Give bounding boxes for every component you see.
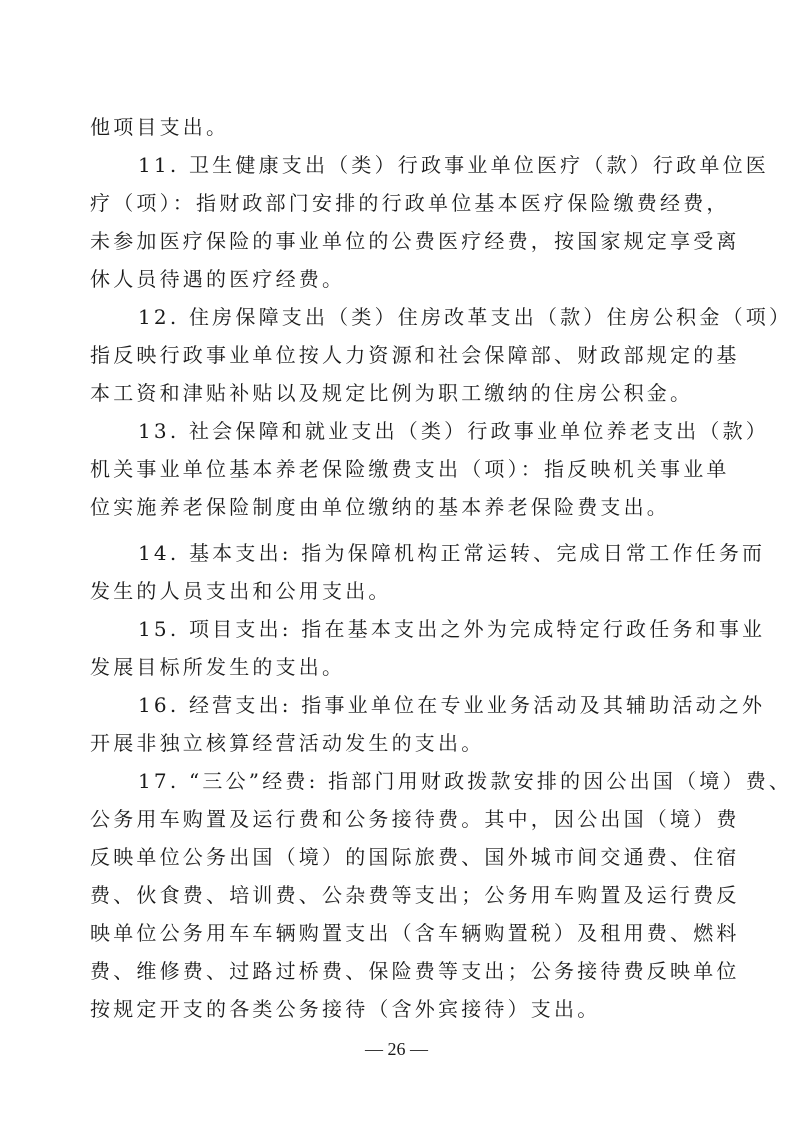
paragraph-item-14-basic-expenditure: 14. 基本支出: 指为保障机构正常运转、完成日常工作任务而 发生的人员支出和公… bbox=[90, 534, 710, 610]
text-line: 17. “三公”经费: 指部门用财政拨款安排的因公出国（境）费、 bbox=[90, 762, 710, 800]
paragraph-item-12-housing-fund: 12. 住房保障支出（类）住房改革支出（款）住房公积金（项）: 指反映行政事业单… bbox=[90, 298, 710, 412]
text-line: 公务用车购置及运行费和公务接待费。其中，因公出国（境）费 bbox=[90, 800, 710, 838]
text-line: 发生的人员支出和公用支出。 bbox=[90, 572, 710, 610]
text-line: 发展目标所发生的支出。 bbox=[90, 648, 710, 686]
document-page: 他项目支出。 11. 卫生健康支出（类）行政事业单位医疗（款）行政单位医 疗（项… bbox=[90, 108, 710, 1028]
text-line: 疗（项）：指财政部门安排的行政单位基本医疗保险缴费经费， bbox=[90, 184, 710, 222]
paragraph-item-13-pension-insurance: 13. 社会保障和就业支出（类）行政事业单位养老支出（款） 机关事业单位基本养老… bbox=[90, 412, 710, 526]
text-line: 反映单位公务出国（境）的国际旅费、国外城市间交通费、住宿 bbox=[90, 838, 710, 876]
text-line: 14. 基本支出: 指为保障机构正常运转、完成日常工作任务而 bbox=[90, 534, 710, 572]
text-line: 16. 经营支出: 指事业单位在专业业务活动及其辅助活动之外 bbox=[90, 686, 710, 724]
text-line: 11. 卫生健康支出（类）行政事业单位医疗（款）行政单位医 bbox=[90, 146, 710, 184]
paragraph-10-continuation: 他项目支出。 bbox=[90, 108, 710, 146]
paragraph-item-11-medical-expense: 11. 卫生健康支出（类）行政事业单位医疗（款）行政单位医 疗（项）：指财政部门… bbox=[90, 146, 710, 298]
text-line: 未参加医疗保险的事业单位的公费医疗经费，按国家规定享受离 bbox=[90, 222, 710, 260]
paragraph-item-17-three-public-expenses: 17. “三公”经费: 指部门用财政拨款安排的因公出国（境）费、 公务用车购置及… bbox=[90, 762, 710, 1028]
paragraph-spacer bbox=[90, 526, 710, 534]
paragraph-item-15-project-expenditure: 15. 项目支出: 指在基本支出之外为完成特定行政任务和事业 发展目标所发生的支… bbox=[90, 610, 710, 686]
text-line: 本工资和津贴补贴以及规定比例为职工缴纳的住房公积金。 bbox=[90, 374, 710, 412]
text-line: 开展非独立核算经营活动发生的支出。 bbox=[90, 724, 710, 762]
text-line: 指反映行政事业单位按人力资源和社会保障部、财政部规定的基 bbox=[90, 336, 710, 374]
text-line: 按规定开支的各类公务接待（含外宾接待）支出。 bbox=[90, 990, 710, 1028]
text-line: 费、伙食费、培训费、公杂费等支出；公务用车购置及运行费反 bbox=[90, 876, 710, 914]
text-line: 机关事业单位基本养老保险缴费支出（项）：指反映机关事业单 bbox=[90, 450, 710, 488]
text-line: 13. 社会保障和就业支出（类）行政事业单位养老支出（款） bbox=[90, 412, 710, 450]
text-line: 他项目支出。 bbox=[90, 108, 710, 146]
paragraph-item-16-operating-expenditure: 16. 经营支出: 指事业单位在专业业务活动及其辅助活动之外 开展非独立核算经营… bbox=[90, 686, 710, 762]
text-line: 映单位公务用车车辆购置支出（含车辆购置税）及租用费、燃料 bbox=[90, 914, 710, 952]
text-line: 12. 住房保障支出（类）住房改革支出（款）住房公积金（项）: bbox=[90, 298, 710, 336]
text-line: 休人员待遇的医疗经费。 bbox=[90, 260, 710, 298]
text-line: 费、维修费、过路过桥费、保险费等支出；公务接待费反映单位 bbox=[90, 952, 710, 990]
text-line: 15. 项目支出: 指在基本支出之外为完成特定行政任务和事业 bbox=[90, 610, 710, 648]
text-line: 位实施养老保险制度由单位缴纳的基本养老保险费支出。 bbox=[90, 488, 710, 526]
page-number: — 26 — bbox=[0, 1037, 793, 1061]
